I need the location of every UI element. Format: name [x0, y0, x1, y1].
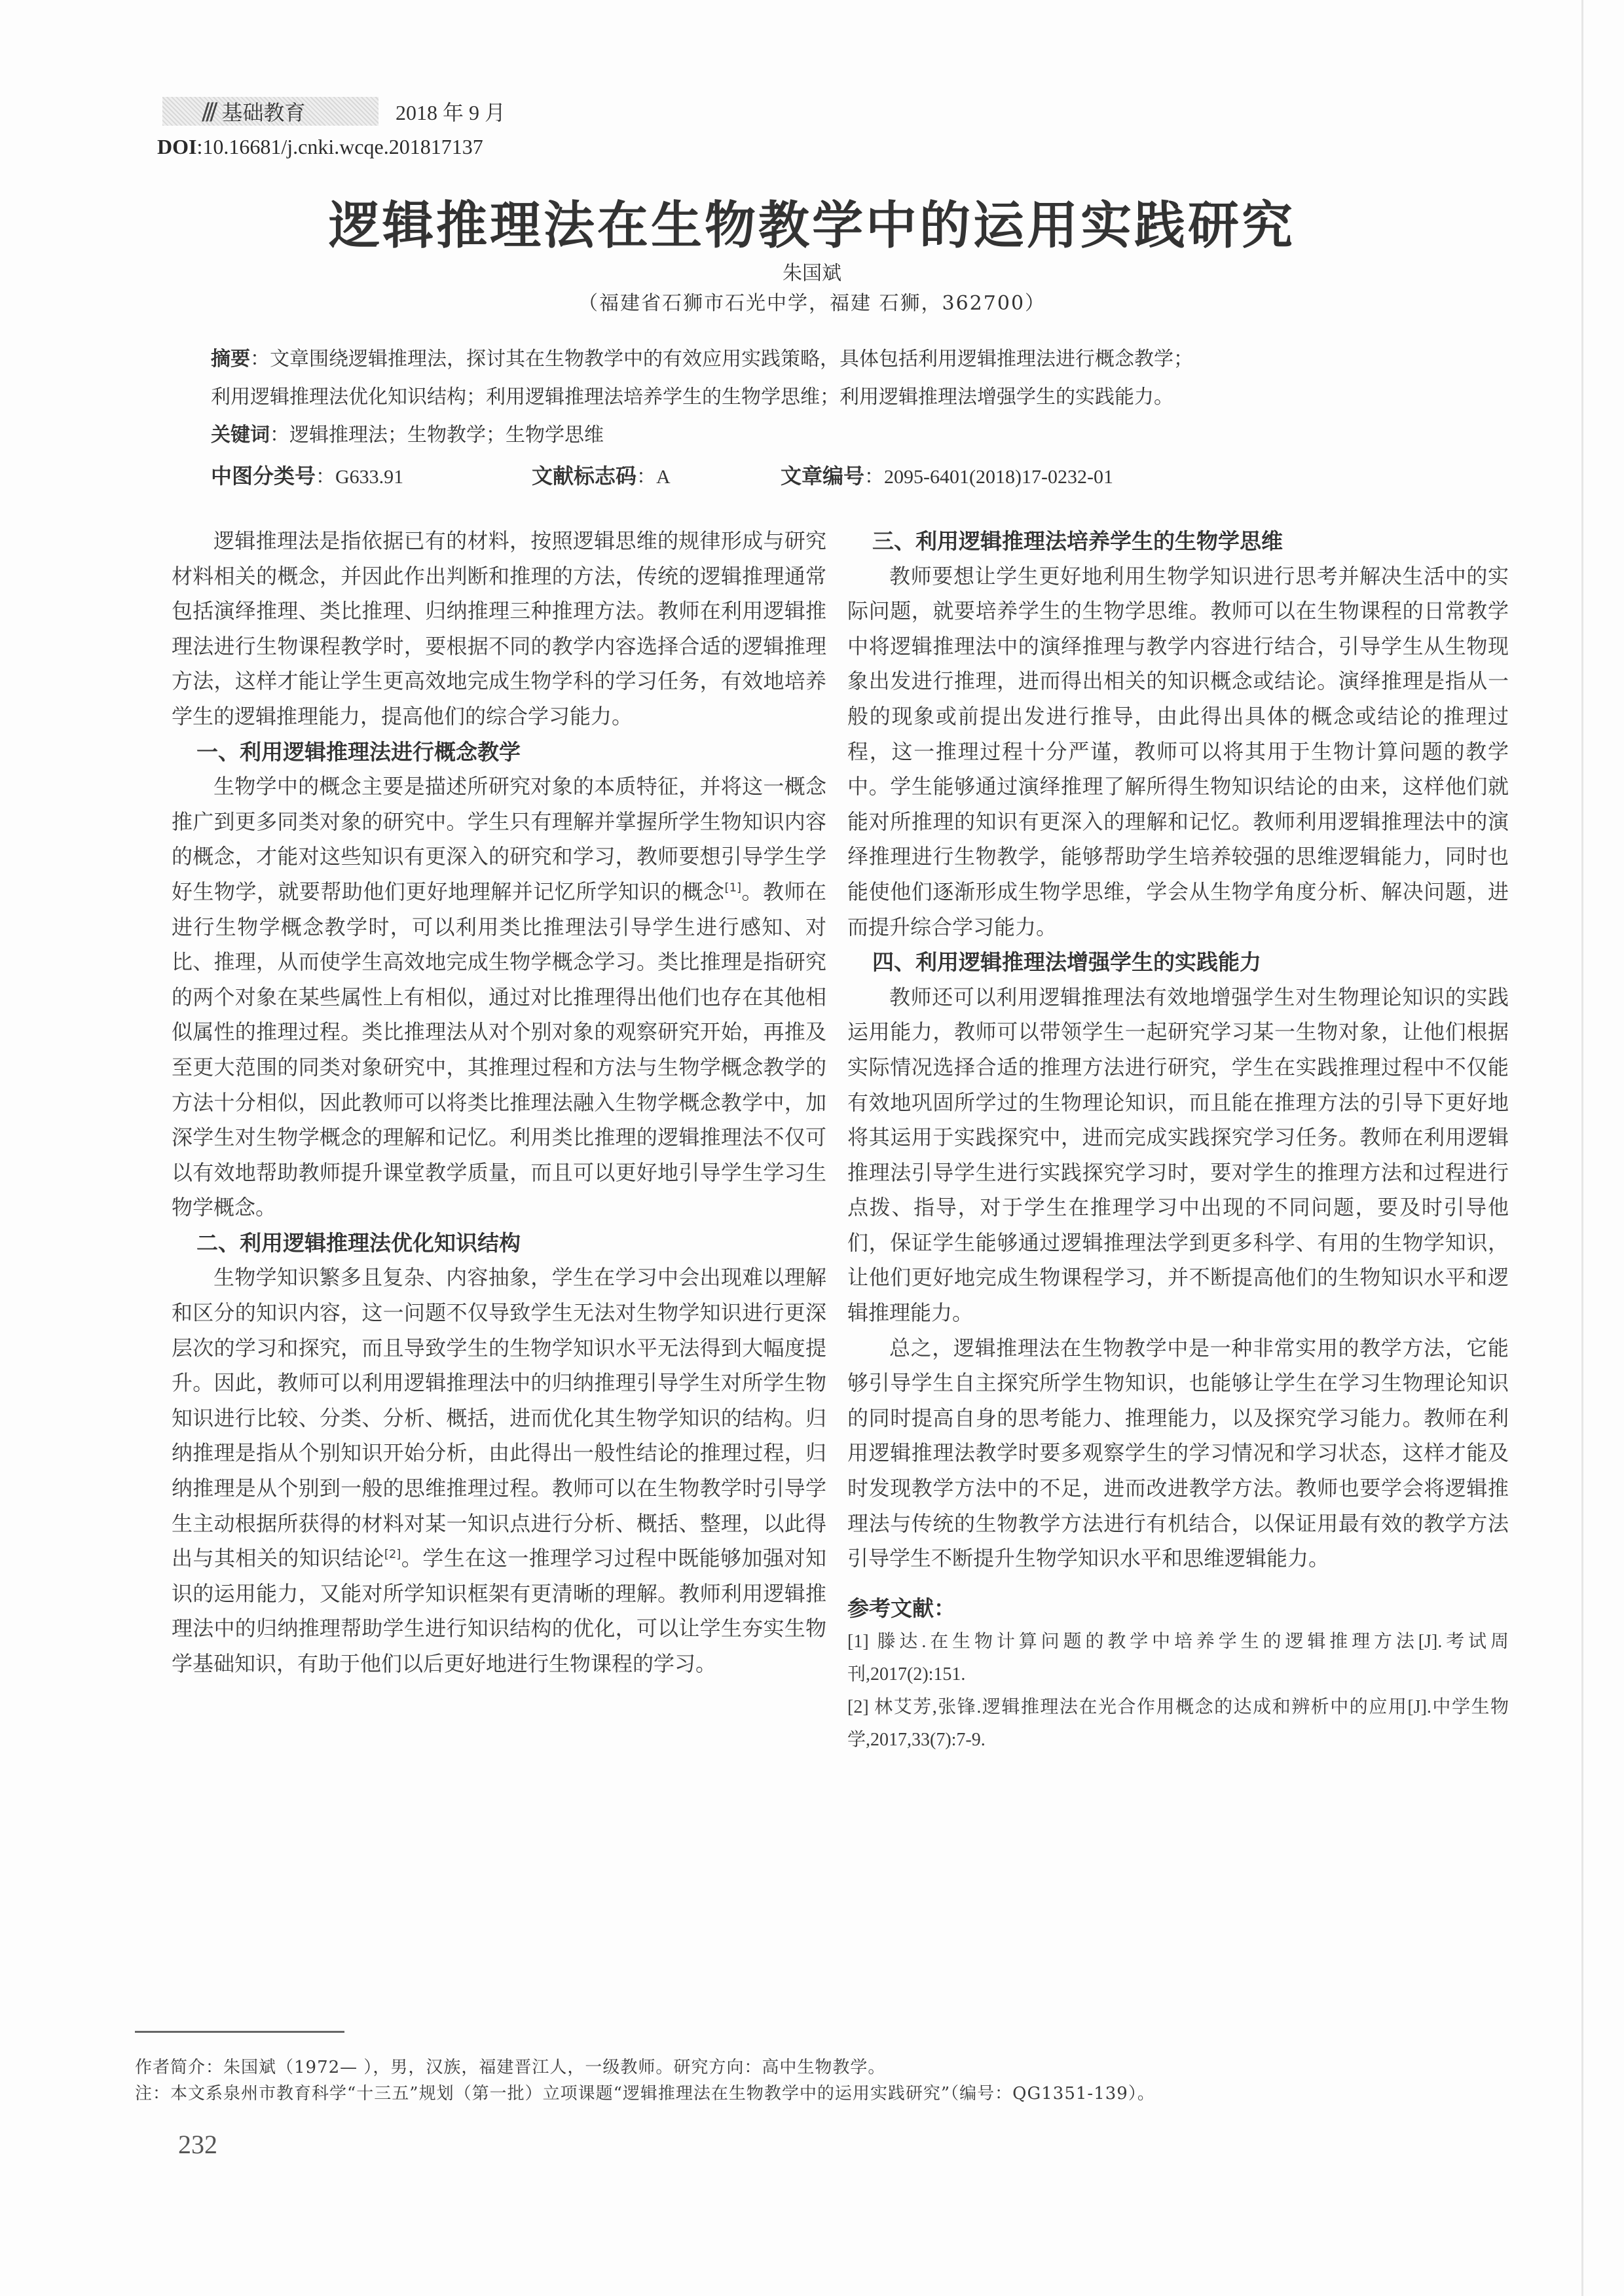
decorative-slashes-icon: ///	[202, 98, 213, 125]
section-2-text-a: 生物学知识繁多且复杂、内容抽象，学生在学习中会出现难以理解和区分的知识内容，这一…	[172, 1265, 826, 1571]
intro-paragraph: 逻辑推理法是指依据已有的材料，按照逻辑思维的规律形成与研究材料相关的概念，并因此…	[172, 524, 826, 735]
abstract-text-line2: 利用逻辑推理法优化知识结构；利用逻辑推理法培养学生的生物学思维；利用逻辑推理法增…	[211, 378, 1442, 416]
page-number: 232	[178, 2129, 217, 2160]
citation-2: [2]	[384, 1548, 401, 1561]
issue-date: 2018 年 9 月	[396, 96, 506, 126]
reference-item: [1] 滕达.在生物计算问题的教学中培养学生的逻辑推理方法[J].考试周刊,20…	[847, 1626, 1509, 1691]
article-no-value: ：2095-6401(2018)17-0232-01	[864, 466, 1113, 488]
citation-1: [1]	[725, 881, 742, 894]
section-3-heading: 三、利用逻辑推理法培养学生的生物学思维	[847, 524, 1509, 559]
doc-code-label: 文献标志码	[532, 464, 637, 488]
section-1-heading: 一、利用逻辑推理法进行概念教学	[172, 735, 826, 770]
article-title: 逻辑推理法在生物教学中的运用实践研究	[0, 185, 1624, 258]
reference-item: [2] 林艾芳,张锋.逻辑推理法在光合作用概念的达成和辨析中的应用[J].中学生…	[847, 1691, 1509, 1757]
article-number: 文章编号：2095-6401(2018)17-0232-01	[781, 457, 1113, 496]
keywords-label: 关键词	[211, 424, 270, 446]
journal-name-band: /// 基础教育	[162, 97, 378, 126]
left-column: 逻辑推理法是指依据已有的材料，按照逻辑思维的规律形成与研究材料相关的概念，并因此…	[172, 524, 826, 1682]
keywords: 关键词：逻辑推理法；生物教学；生物学思维	[211, 416, 1442, 454]
section-1-paragraph: 生物学中的概念主要是描述所研究对象的本质特征，并将这一概念推广到更多同类对象的研…	[172, 769, 826, 1226]
running-head: /// 基础教育 2018 年 9 月	[162, 97, 506, 126]
author-affiliation: （福建省石狮市石光中学，福建 石狮，362700）	[0, 287, 1624, 316]
article-no-label: 文章编号	[781, 464, 864, 488]
journal-page: /// 基础教育 2018 年 9 月 DOI:10.16681/j.cnki.…	[0, 0, 1624, 2296]
section-4-heading: 四、利用逻辑推理法增强学生的实践能力	[847, 945, 1509, 980]
section-1-text-b: 。教师在进行生物学概念教学时，可以利用类比推理法引导学生进行感知、对比、推理，从…	[172, 879, 826, 1220]
footnote-divider	[135, 2031, 344, 2033]
section-3-paragraph: 教师要想让学生更好地利用生物学知识进行思考并解决生活中的实际问题，就要培养学生的…	[847, 559, 1509, 945]
classification-row: 中图分类号：G633.91 文献标志码：A 文章编号：2095-6401(201…	[211, 457, 1442, 496]
document-code: 文献标志码：A	[532, 457, 781, 496]
doi-label: DOI	[157, 135, 196, 158]
journal-name: 基础教育	[221, 96, 305, 126]
clc-label: 中图分类号	[211, 464, 316, 488]
clc-value: ：G633.91	[316, 466, 403, 488]
author-bio-footnote: 作者简介：朱国斌（1972— ），男，汉族，福建晋江人，一级教师。研究方向：高中…	[135, 2054, 1576, 2081]
funding-note-footnote: 注：本文系泉州市教育科学“十三五”规划（第一批）立项课题“逻辑推理法在生物教学中…	[135, 2081, 1576, 2107]
doc-code-value: ：A	[637, 466, 671, 488]
section-2-heading: 二、利用逻辑推理法优化知识结构	[172, 1226, 826, 1261]
abstract: 摘要：文章围绕逻辑推理法，探讨其在生物教学中的有效应用实践策略，具体包括利用逻辑…	[211, 340, 1442, 378]
abstract-text-line1: ：文章围绕逻辑推理法，探讨其在生物教学中的有效应用实践策略，具体包括利用逻辑推理…	[250, 348, 1193, 371]
scan-edge-shadow	[1581, 0, 1583, 2296]
clc-number: 中图分类号：G633.91	[211, 457, 532, 496]
references-heading: 参考文献：	[847, 1591, 1509, 1626]
doi-value: :10.16681/j.cnki.wcqe.201817137	[196, 135, 483, 158]
footnotes: 作者简介：朱国斌（1972— ），男，汉族，福建晋江人，一级教师。研究方向：高中…	[135, 2054, 1576, 2107]
right-column: 三、利用逻辑推理法培养学生的生物学思维 教师要想让学生更好地利用生物学知识进行思…	[847, 524, 1509, 1757]
section-4-paragraph: 教师还可以利用逻辑推理法有效地增强学生对生物理论知识的实践运用能力，教师可以带领…	[847, 980, 1509, 1331]
article-author: 朱国斌	[0, 257, 1624, 285]
conclusion-paragraph: 总之，逻辑推理法在生物教学中是一种非常实用的教学方法，它能够引导学生自主探究所学…	[847, 1331, 1509, 1576]
doi-line: DOI:10.16681/j.cnki.wcqe.201817137	[157, 135, 483, 159]
article-metadata: 摘要：文章围绕逻辑推理法，探讨其在生物教学中的有效应用实践策略，具体包括利用逻辑…	[211, 340, 1442, 496]
section-2-paragraph: 生物学知识繁多且复杂、内容抽象，学生在学习中会出现难以理解和区分的知识内容，这一…	[172, 1260, 826, 1681]
keywords-text: ：逻辑推理法；生物教学；生物学思维	[270, 424, 604, 446]
abstract-label: 摘要	[211, 348, 250, 371]
